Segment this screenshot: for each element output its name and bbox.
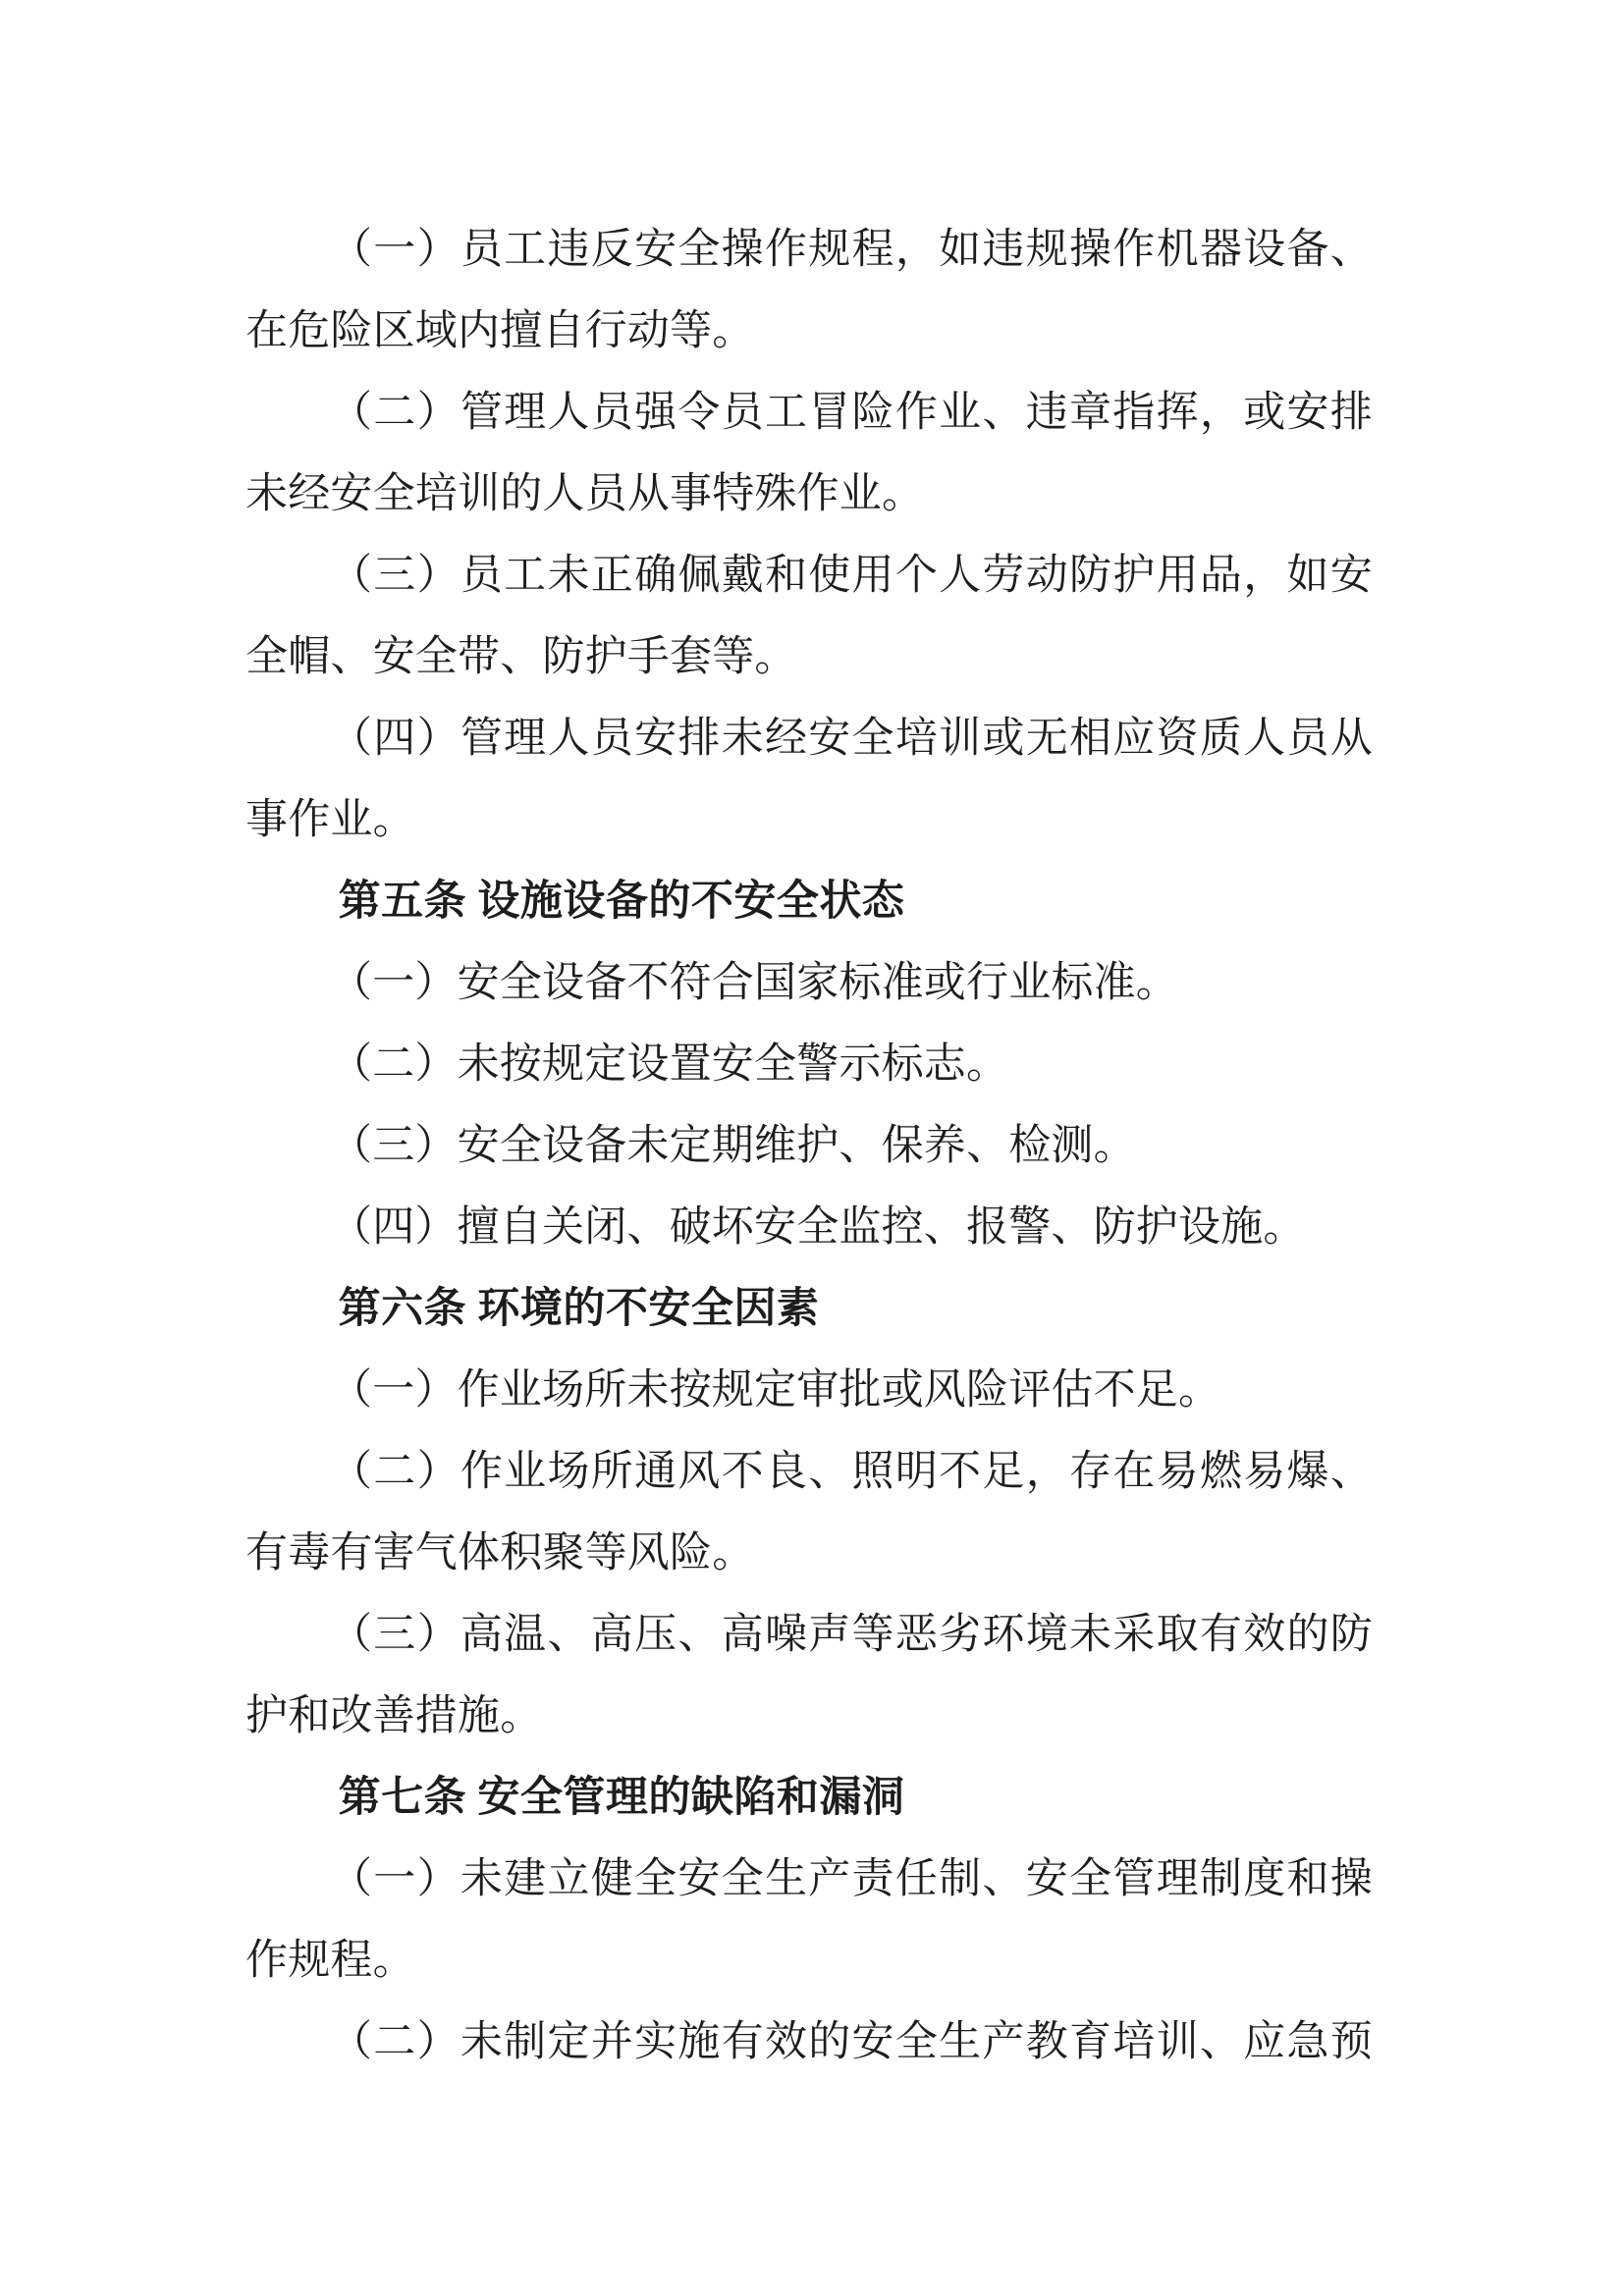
article-heading-7: 第七条 安全管理的缺陷和漏洞 xyxy=(245,1757,1373,1839)
clause-item: （四）管理人员安排未经安全培训或无相应资质人员从事作业。 xyxy=(245,698,1373,861)
clause-item: （一）作业场所未按规定审批或风险评估不足。 xyxy=(245,1350,1373,1431)
clause-item: （二）作业场所通风不良、照明不足，存在易燃易爆、有毒有害气体积聚等风险。 xyxy=(245,1431,1373,1594)
clause-item: （三）安全设备未定期维护、保养、检测。 xyxy=(245,1105,1373,1187)
article-heading-5: 第五条 设施设备的不安全状态 xyxy=(245,861,1373,942)
clause-item: （二）未按规定设置安全警示标志。 xyxy=(245,1024,1373,1105)
clause-item: （一）安全设备不符合国家标准或行业标准。 xyxy=(245,942,1373,1024)
clause-item: （四）擅自关闭、破坏安全监控、报警、防护设施。 xyxy=(245,1187,1373,1268)
clause-item: （三）高温、高压、高噪声等恶劣环境未采取有效的防护和改善措施。 xyxy=(245,1594,1373,1757)
clause-item: （三）员工未正确佩戴和使用个人劳动防护用品，如安全帽、安全带、防护手套等。 xyxy=(245,535,1373,698)
clause-item-page-break: （二）未制定并实施有效的安全生产教育培训、应急预 xyxy=(245,2002,1373,2083)
clause-item: （一）员工违反安全操作规程，如违规操作机器设备、在危险区域内擅自行动等。 xyxy=(245,209,1373,372)
clause-item: （一）未建立健全安全生产责任制、安全管理制度和操作规程。 xyxy=(245,1839,1373,2002)
article-heading-6: 第六条 环境的不安全因素 xyxy=(245,1268,1373,1350)
document-page: （一）员工违反安全操作规程，如违规操作机器设备、在危险区域内擅自行动等。 （二）… xyxy=(0,0,1624,2296)
clause-item: （二）管理人员强令员工冒险作业、违章指挥，或安排未经安全培训的人员从事特殊作业。 xyxy=(245,372,1373,535)
